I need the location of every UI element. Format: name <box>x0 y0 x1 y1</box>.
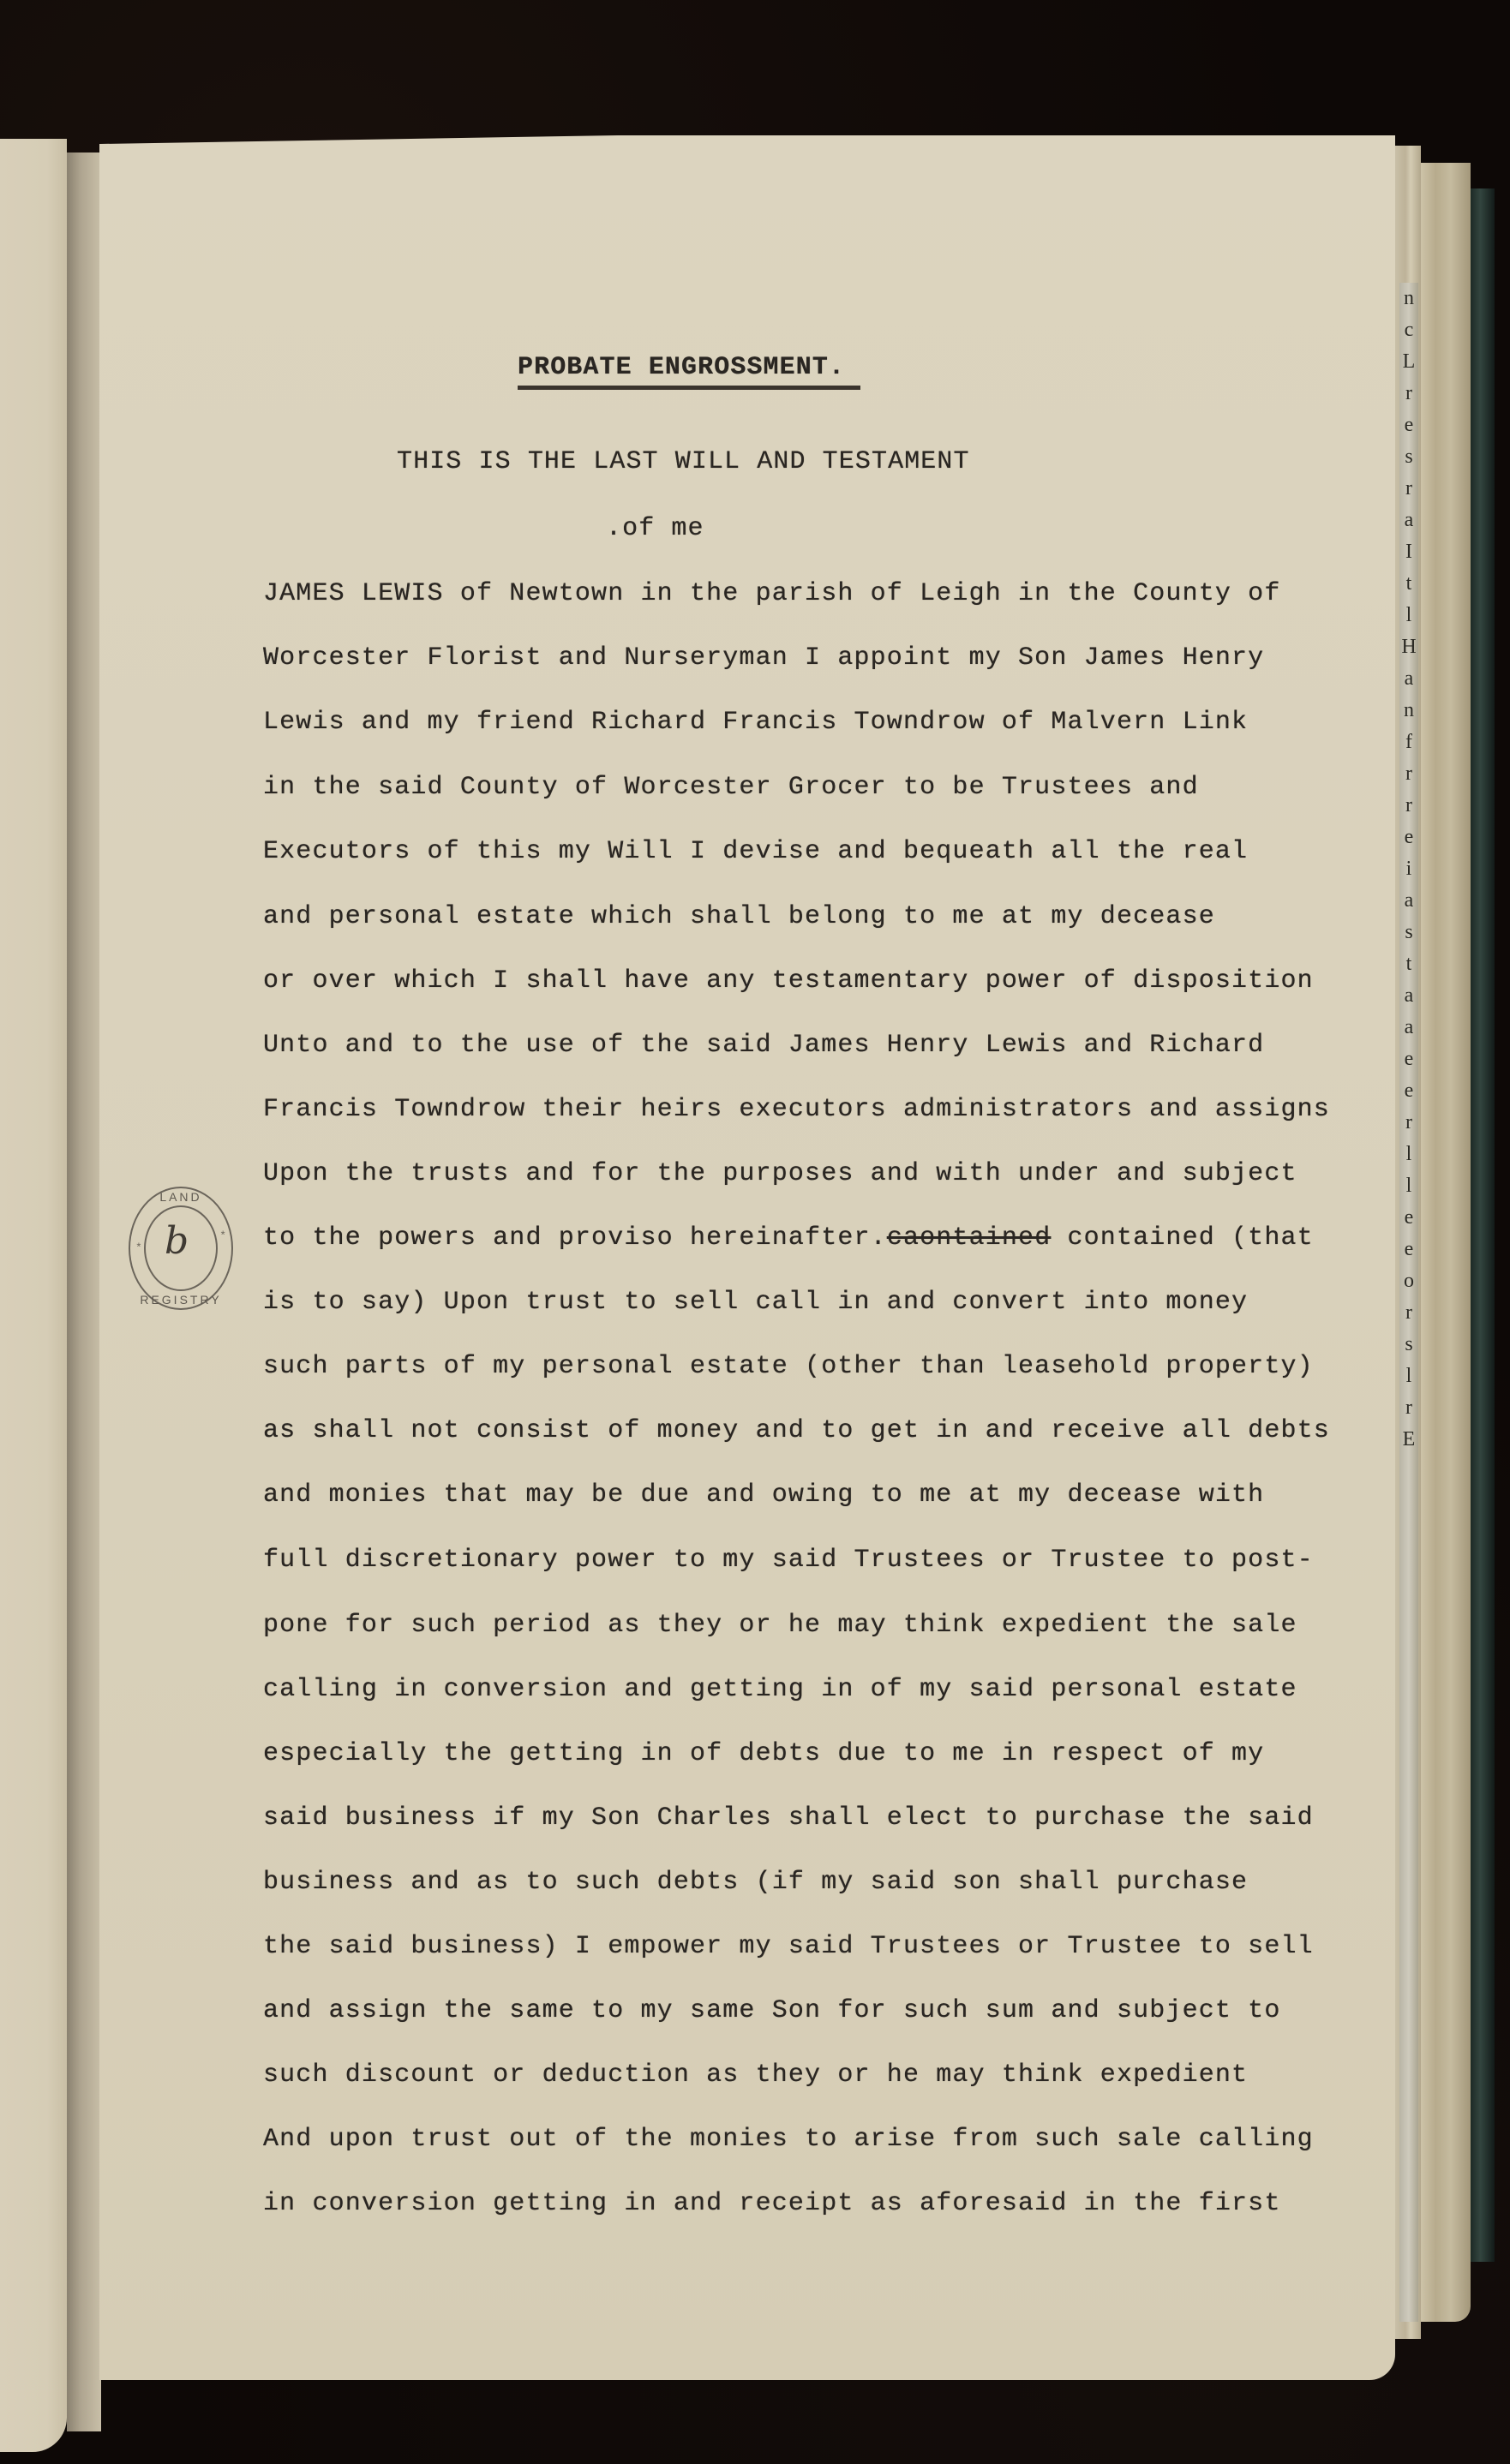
land-registry-stamp: LAND * * b REGISTRY <box>129 1187 233 1310</box>
index-tab-letter: e <box>1400 1202 1417 1234</box>
body-line: and monies that may be due and owing to … <box>263 1480 1264 1510</box>
index-tab-letter: n <box>1400 283 1417 314</box>
index-tab-letter: L <box>1400 346 1417 378</box>
struck-through-word: caontained <box>887 1223 1052 1253</box>
body-line: Francis Towndrow their heirs executors a… <box>263 1095 1330 1124</box>
body-line: Unto and to the use of the said James He… <box>263 1031 1264 1060</box>
stamp-star-icon: * <box>135 1241 142 1254</box>
index-tab-letter: r <box>1400 378 1417 410</box>
body-line: especially the getting in of debts due t… <box>263 1739 1264 1768</box>
title-underline <box>518 386 860 390</box>
index-tab-letter: e <box>1400 1234 1417 1265</box>
body-line: calling in conversion and getting in of … <box>263 1675 1297 1704</box>
index-tab-letter: s <box>1400 917 1417 948</box>
index-tab-letter: r <box>1400 1392 1417 1424</box>
body-line: such parts of my personal estate (other … <box>263 1352 1314 1381</box>
index-tab-letter: e <box>1400 822 1417 853</box>
body-line: said business if my Son Charles shall el… <box>263 1803 1314 1833</box>
index-tab-letter: l <box>1400 1139 1417 1170</box>
body-line: in conversion getting in and receipt as … <box>263 2189 1280 2218</box>
index-tab-letter: a <box>1400 1012 1417 1044</box>
index-tab-letter: r <box>1400 758 1417 790</box>
book-cover-edge <box>1471 188 1495 2262</box>
stamp-star-icon: * <box>219 1229 226 1242</box>
index-tab-letter: t <box>1400 948 1417 980</box>
body-line: And upon trust out of the monies to aris… <box>263 2125 1314 2154</box>
body-line: is to say) Upon trust to sell call in an… <box>263 1288 1248 1317</box>
body-line: Executors of this my Will I devise and b… <box>263 837 1248 866</box>
index-tab-letter: I <box>1400 536 1417 568</box>
body-line-with-correction: to the powers and proviso hereinafter.ca… <box>263 1223 1314 1253</box>
body-line: pone for such period as they or he may t… <box>263 1611 1297 1640</box>
previous-page-edge <box>0 139 67 2452</box>
body-line: in the said County of Worcester Grocer t… <box>263 773 1199 802</box>
index-tab-letter: r <box>1400 1297 1417 1329</box>
body-line: full discretionary power to my said Trus… <box>263 1546 1314 1575</box>
body-line: such discount or deduction as they or he… <box>263 2060 1248 2090</box>
index-tab-letter: i <box>1400 853 1417 885</box>
index-tab-letter: c <box>1400 314 1417 346</box>
index-tab-letter: l <box>1400 1361 1417 1392</box>
document-title: PROBATE ENGROSSMENT. <box>518 353 845 382</box>
index-tab-letter: e <box>1400 410 1417 441</box>
body-line: business and as to such debts (if my sai… <box>263 1868 1248 1897</box>
stacked-page-edges <box>1421 163 1471 2322</box>
body-line: Lewis and my friend Richard Francis Town… <box>263 708 1248 737</box>
body-line: Worcester Florist and Nurseryman I appoi… <box>263 643 1264 673</box>
body-line: JAMES LEWIS of Newtown in the parish of … <box>263 579 1280 608</box>
body-line: or over which I shall have any testament… <box>263 966 1314 996</box>
index-tab-letter: s <box>1400 441 1417 473</box>
stamp-handwritten-mark: b <box>165 1219 189 1263</box>
index-tab-letter: t <box>1400 568 1417 600</box>
index-tab-letter: a <box>1400 885 1417 917</box>
index-tab-letter: f <box>1400 727 1417 758</box>
index-tab-letters: ncLresraItlHanfrreiastaaeerlleeorslrE <box>1400 283 1417 1456</box>
index-tab-letter: s <box>1400 1329 1417 1361</box>
body-line: Upon the trusts and for the purposes and… <box>263 1159 1297 1188</box>
index-tab-letter: a <box>1400 505 1417 536</box>
body-line: as shall not consist of money and to get… <box>263 1416 1330 1445</box>
book-gutter-shadow <box>67 153 101 2431</box>
body-line: and personal estate which shall belong t… <box>263 902 1215 931</box>
index-tab-letter: e <box>1400 1075 1417 1107</box>
index-tab-letter: r <box>1400 473 1417 505</box>
document-subtitle-continued: .of me <box>606 514 704 543</box>
index-tab-letter: r <box>1400 790 1417 822</box>
body-line: and assign the same to my same Son for s… <box>263 1996 1280 2025</box>
index-tab-letter: E <box>1400 1424 1417 1456</box>
stamp-top-text: LAND <box>130 1190 231 1204</box>
index-tab-letter: e <box>1400 1044 1417 1075</box>
index-tab-letter: o <box>1400 1265 1417 1297</box>
document-subtitle: THIS IS THE LAST WILL AND TESTAMENT <box>397 447 970 476</box>
body-line-text-continued: contained (that <box>1051 1223 1313 1253</box>
index-tab-letter: a <box>1400 663 1417 695</box>
index-tab-letter: H <box>1400 631 1417 663</box>
index-tab-letter: l <box>1400 600 1417 631</box>
stamp-bottom-text: REGISTRY <box>130 1293 231 1307</box>
body-line: the said business) I empower my said Tru… <box>263 1932 1314 1961</box>
index-tab-letter: r <box>1400 1107 1417 1139</box>
body-line-text: to the powers and proviso hereinafter. <box>263 1223 887 1253</box>
index-tab-letter: l <box>1400 1170 1417 1202</box>
index-tab-letter: n <box>1400 695 1417 727</box>
index-tab-letter: a <box>1400 980 1417 1012</box>
